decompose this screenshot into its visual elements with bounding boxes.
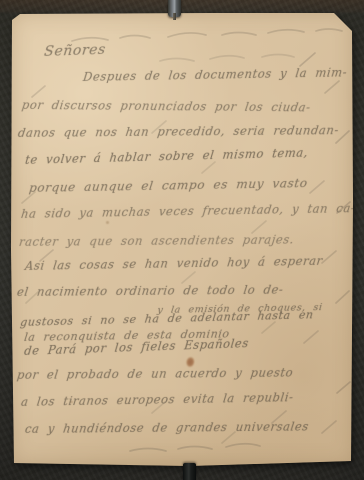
- handwriting-line: danos que nos han precedido, seria redun…: [17, 123, 340, 140]
- mounting-clip-top: [168, 0, 181, 17]
- handwriting-line: por el probado de un acuerdo y puesto: [16, 366, 294, 382]
- handwriting-line: por discursos pronunciados por los ciuda…: [21, 98, 312, 115]
- mounting-clip-bottom: [183, 463, 196, 480]
- handwriting-line: el nacimiento ordinario de todo lo de-: [16, 283, 284, 299]
- letter-sheet-wrap: Señores Despues de los documentos y la m…: [0, 0, 364, 480]
- letter-sheet: Señores Despues de los documentos y la m…: [10, 11, 355, 466]
- paper-speck: [260, 131, 262, 133]
- handwriting-line: ca y hundiéndose de grandes universales: [24, 420, 310, 436]
- paper-speck: [70, 401, 73, 403]
- handwriting-line: racter ya que son ascendientes parajes.: [18, 233, 295, 249]
- handwriting-salutation: Señores: [43, 42, 106, 60]
- paper-speck: [106, 221, 109, 224]
